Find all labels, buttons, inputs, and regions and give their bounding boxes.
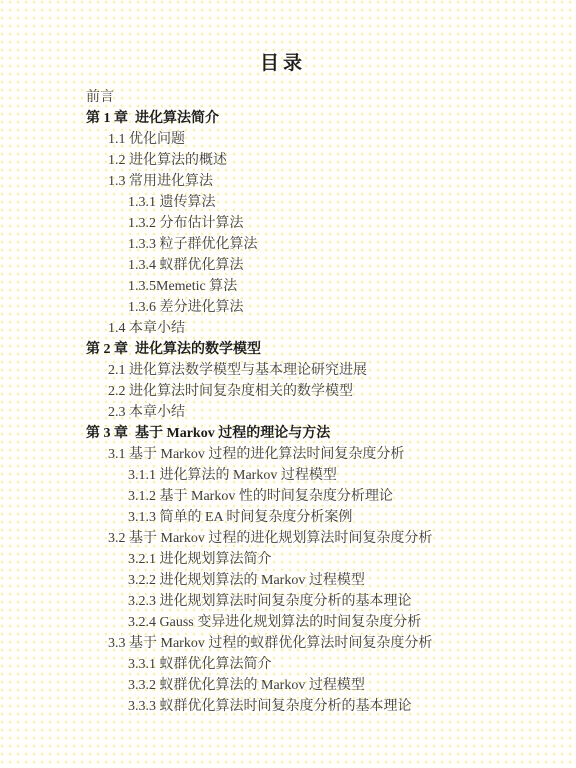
toc-item-1-3-1: 1.3.1 遗传算法	[0, 192, 576, 213]
toc-list: 前言 第 1 章 进化算法简介 1.1 优化问题 1.2 进化算法的概述 1.3…	[0, 87, 576, 717]
toc-item-2-3: 2.3 本章小结	[0, 402, 576, 423]
toc-item-2-2: 2.2 进化算法时间复杂度相关的数学模型	[0, 381, 576, 402]
toc-item-3-2-1: 3.2.1 进化规划算法简介	[0, 549, 576, 570]
toc-item-3-2-4: 3.2.4 Gauss 变异进化规划算法的时间复杂度分析	[0, 612, 576, 633]
page-title: 目录	[0, 53, 566, 75]
toc-item-1-3-4: 1.3.4 蚁群优化算法	[0, 255, 576, 276]
toc-item-3-2: 3.2 基于 Markov 过程的进化规划算法时间复杂度分析	[0, 528, 576, 549]
toc-chapter-2: 第 2 章 进化算法的数学模型	[0, 339, 576, 360]
toc-item-3-2-2: 3.2.2 进化规划算法的 Markov 过程模型	[0, 570, 576, 591]
toc-item-3-1-3: 3.1.3 简单的 EA 时间复杂度分析案例	[0, 507, 576, 528]
toc-item-3-3-2: 3.3.2 蚁群优化算法的 Markov 过程模型	[0, 675, 576, 696]
toc-item-2-1: 2.1 进化算法数学模型与基本理论研究进展	[0, 360, 576, 381]
toc-item-1-3-3: 1.3.3 粒子群优化算法	[0, 234, 576, 255]
toc-item-1-3-6: 1.3.6 差分进化算法	[0, 297, 576, 318]
toc-page: 目录 前言 第 1 章 进化算法简介 1.1 优化问题 1.2 进化算法的概述 …	[0, 0, 576, 768]
toc-chapter-3: 第 3 章 基于 Markov 过程的理论与方法	[0, 423, 576, 444]
toc-item-1-2: 1.2 进化算法的概述	[0, 150, 576, 171]
toc-item-3-1-2: 3.1.2 基于 Markov 性的时间复杂度分析理论	[0, 486, 576, 507]
toc-item-1-3-5: 1.3.5Memetic 算法	[0, 276, 576, 297]
toc-item-1-3-2: 1.3.2 分布估计算法	[0, 213, 576, 234]
toc-item-3-3: 3.3 基于 Markov 过程的蚁群优化算法时间复杂度分析	[0, 633, 576, 654]
toc-item-1-4: 1.4 本章小结	[0, 318, 576, 339]
toc-item-preface: 前言	[0, 87, 576, 108]
toc-item-3-3-3: 3.3.3 蚁群优化算法时间复杂度分析的基本理论	[0, 696, 576, 717]
toc-chapter-1: 第 1 章 进化算法简介	[0, 108, 576, 129]
toc-item-3-1: 3.1 基于 Markov 过程的进化算法时间复杂度分析	[0, 444, 576, 465]
toc-item-3-3-1: 3.3.1 蚁群优化算法简介	[0, 654, 576, 675]
toc-item-1-3: 1.3 常用进化算法	[0, 171, 576, 192]
toc-item-3-2-3: 3.2.3 进化规划算法时间复杂度分析的基本理论	[0, 591, 576, 612]
toc-item-3-1-1: 3.1.1 进化算法的 Markov 过程模型	[0, 465, 576, 486]
toc-item-1-1: 1.1 优化问题	[0, 129, 576, 150]
